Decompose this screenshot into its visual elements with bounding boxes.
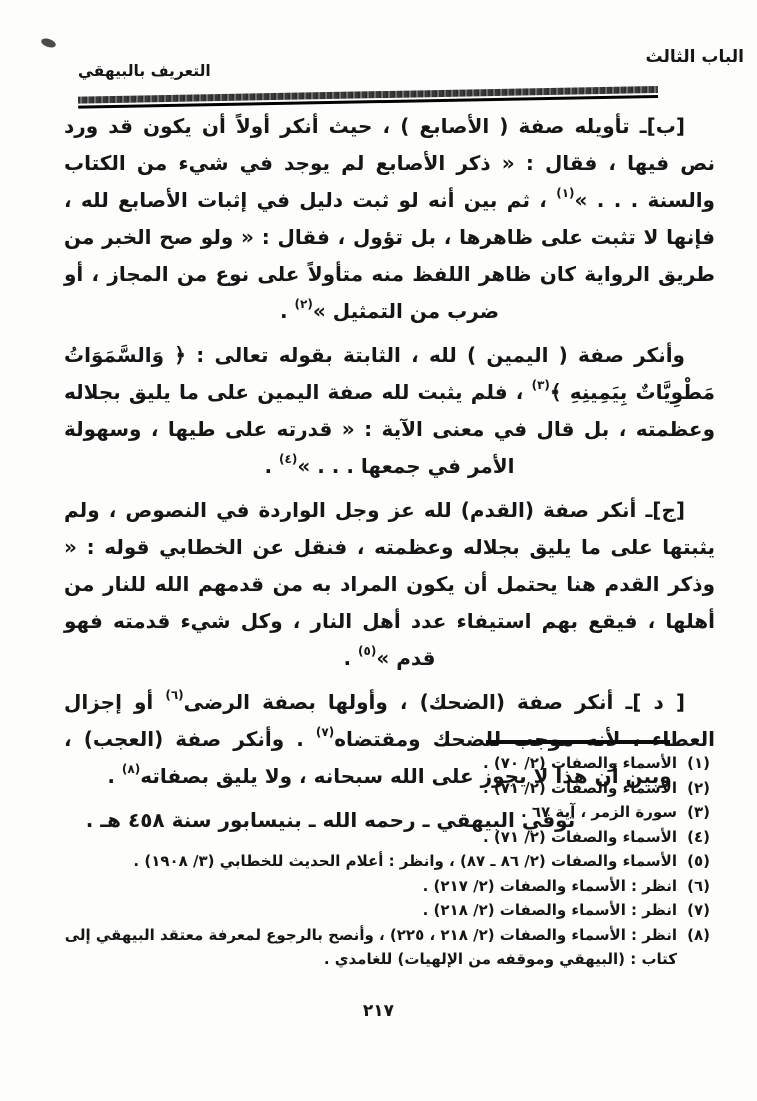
footnote-ref-3: (٣) bbox=[532, 378, 550, 392]
footnote-text: الأسماء والصفات (٢/ ٧٠) . bbox=[58, 751, 677, 776]
footnote-item: (٦) انظر : الأسماء والصفات (٢/ ٢١٧) . bbox=[58, 874, 710, 899]
main-text: [ب]ـ تأويله صفة ( الأصابع ) ، حيث أنكر أ… bbox=[64, 108, 715, 846]
footnote-item: (٢) الأسماء والصفات (٢/ ٧١) . bbox=[58, 776, 710, 801]
footnote-item: (٣) سورة الزمر ، آية ٦٧ . bbox=[58, 800, 710, 825]
footnote-number: (٥) bbox=[684, 849, 710, 874]
scan-artifact bbox=[40, 37, 57, 49]
footnote-number: (٣) bbox=[684, 800, 710, 825]
footnote-text: انظر : الأسماء والصفات (٢/ ٢١٨) . bbox=[58, 898, 677, 923]
footnote-text: الأسماء والصفات (٢/ ٧١) . bbox=[58, 776, 677, 801]
footnote-ref-1: (١) bbox=[556, 186, 574, 200]
section-title: التعريف بالبيهقي bbox=[78, 62, 211, 80]
footnote-ref-7: (٧) bbox=[316, 725, 334, 739]
paragraph-fingers: [ب]ـ تأويله صفة ( الأصابع ) ، حيث أنكر أ… bbox=[64, 108, 715, 330]
paragraph-text: [ د ]ـ أنكر صفة (الضحك) ، وأولها بصفة ال… bbox=[184, 690, 685, 714]
footnote-item: (٧) انظر : الأسماء والصفات (٢/ ٢١٨) . bbox=[58, 898, 710, 923]
footnote-ref-5: (٥) bbox=[358, 644, 376, 658]
footnote-text: انظر : الأسماء والصفات (٢/ ٢١٧) . bbox=[58, 874, 677, 899]
paragraph-text: . bbox=[280, 299, 295, 323]
paragraph-text: وأنكر صفة ( اليمين ) لله ، الثابتة بقوله… bbox=[186, 343, 685, 367]
paragraph-text: [ج]ـ أنكر صفة (القدم) لله عز وجل الواردة… bbox=[64, 498, 715, 670]
footnote-ref-6: (٦) bbox=[165, 688, 183, 702]
footnote-text: الأسماء والصفات (٢/ ٨٦ ـ ٨٧) ، وانظر : أ… bbox=[58, 849, 677, 874]
footnote-ref-2: (٢) bbox=[295, 297, 313, 311]
header-rule bbox=[78, 86, 658, 109]
footnote-number: (٧) bbox=[684, 898, 710, 923]
footnote-separator bbox=[486, 740, 670, 744]
footnote-item: (٥) الأسماء والصفات (٢/ ٨٦ ـ ٨٧) ، وانظر… bbox=[58, 849, 710, 874]
footnote-number: (٦) bbox=[684, 874, 710, 899]
page-number: ٢١٧ bbox=[0, 1001, 757, 1021]
footnote-item: (٤) الأسماء والصفات (٢/ ٧١) . bbox=[58, 825, 710, 850]
paragraph-right-hand: وأنكر صفة ( اليمين ) لله ، الثابتة بقوله… bbox=[64, 337, 715, 485]
footnote-number: (٨) bbox=[684, 923, 710, 972]
footnote-item: (١) الأسماء والصفات (٢/ ٧٠) . bbox=[58, 751, 710, 776]
footnote-ref-4: (٤) bbox=[279, 452, 297, 466]
footnote-text: الأسماء والصفات (٢/ ٧١) . bbox=[58, 825, 677, 850]
footnote-text: سورة الزمر ، آية ٦٧ . bbox=[58, 800, 677, 825]
footnote-number: (٢) bbox=[684, 776, 710, 801]
paragraph-text: . bbox=[343, 646, 358, 670]
footnote-item: (٨) انظر : الأسماء والصفات (٢/ ٢١٨ ، ٢٢٥… bbox=[58, 923, 710, 972]
footnote-text: انظر : الأسماء والصفات (٢/ ٢١٨ ، ٢٢٥) ، … bbox=[58, 923, 677, 972]
chapter-title: الباب الثالث bbox=[646, 47, 744, 67]
paragraph-foot: [ج]ـ أنكر صفة (القدم) لله عز وجل الواردة… bbox=[64, 492, 715, 677]
footnote-number: (٤) bbox=[684, 825, 710, 850]
footnotes-block: (١) الأسماء والصفات (٢/ ٧٠) . (٢) الأسما… bbox=[58, 751, 710, 972]
paragraph-text: . bbox=[264, 454, 279, 478]
footnote-number: (١) bbox=[684, 751, 710, 776]
book-page: الباب الثالث التعريف بالبيهقي [ب]ـ تأويل… bbox=[0, 0, 757, 1101]
